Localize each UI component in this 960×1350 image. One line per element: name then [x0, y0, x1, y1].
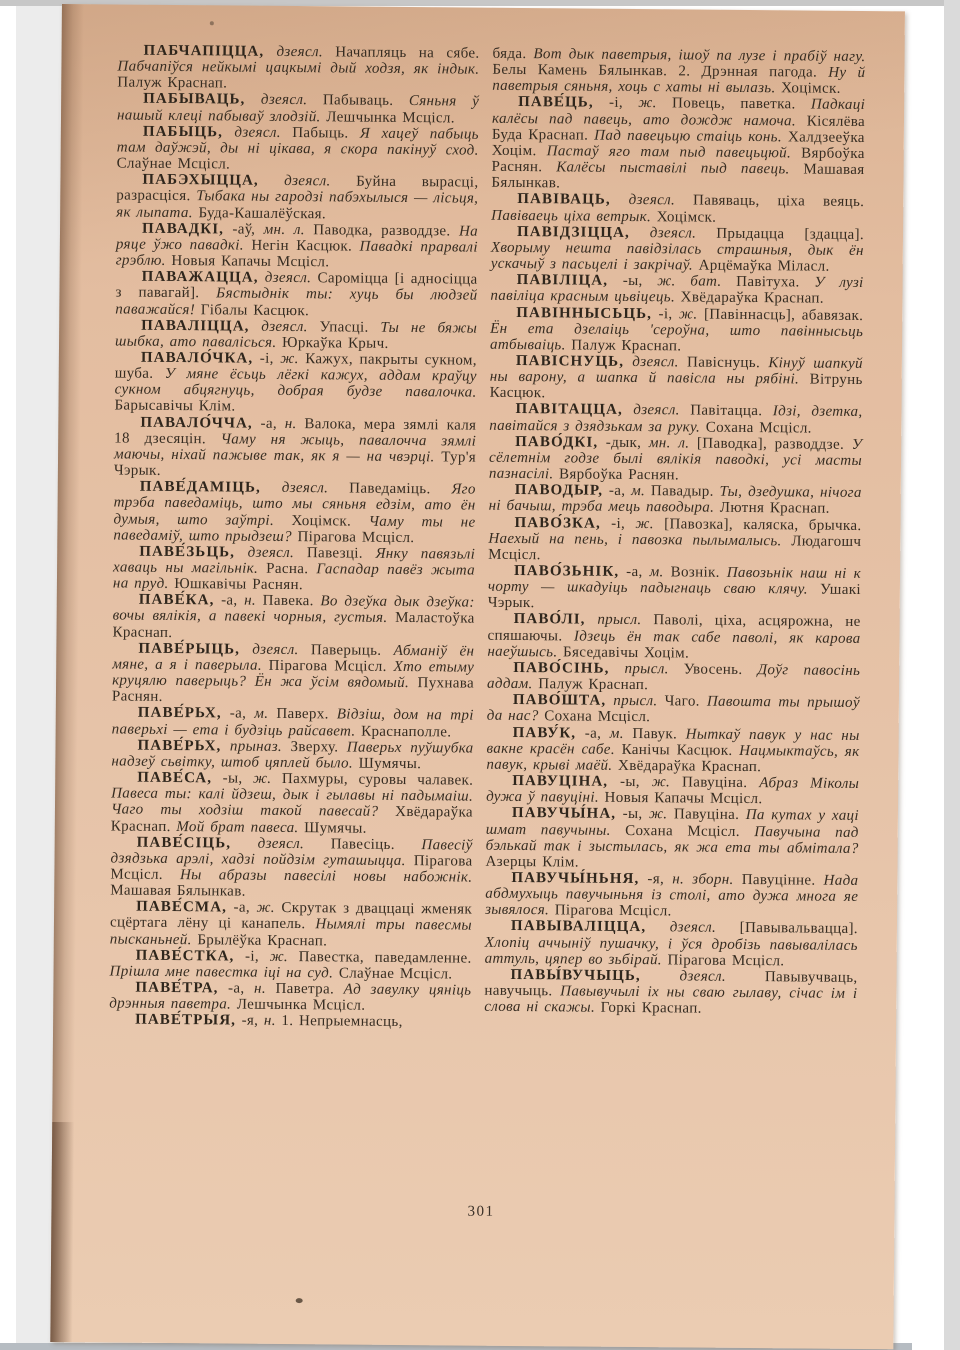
entry-italic-run: дзеясл. — [223, 124, 281, 141]
entry-italic-run: н. — [285, 416, 297, 432]
entry-text-run: -дык, — [598, 434, 649, 450]
entry-italic-run: дзеясл. — [259, 173, 331, 190]
entry-italic-run: дзеясл. — [240, 641, 299, 658]
entry-text-run: [Павозка], каляска, брычка. — [654, 516, 862, 534]
entry-text-run: -ы, — [212, 770, 253, 786]
dictionary-entry: ПАВІЛІЦА, -ы, ж. бат. Павітуха. У лузі п… — [490, 272, 863, 308]
dictionary-entry: ПАВАЛО́ЧКА, -і, ж. Кажух, пакрыты сукном… — [114, 349, 477, 417]
dictionary-entry: ПАВО́ЗКА, -і, ж. [Павозка], каляска, бры… — [488, 514, 861, 566]
entry-text-run: -а, — [603, 483, 631, 499]
entry-italic-run: Калёсы пыставілі пыд павець. — [556, 159, 790, 177]
page-number: 301 — [59, 1200, 902, 1224]
entry-text-run: Лютня Краснап. — [714, 500, 830, 517]
entry-text-run: Паветра. — [266, 981, 344, 998]
entry-headword: ПАВЕ́СМА, — [136, 899, 227, 916]
dictionary-entry: ПАВІСНУЦЬ, дзеясл. Павіснуць. Кінуў шапк… — [490, 353, 863, 405]
dictionary-entry: ПАВЕ́КА, -а, н. Павека. Во дзеўка дык дз… — [112, 592, 474, 644]
entry-text-run: Расна. — [258, 561, 316, 578]
dictionary-entry: ПАВЕ́ДАМІЦЬ, дзеясл. Паведаміць. Яго трэ… — [113, 479, 476, 547]
entry-text-run: Пабыць. — [281, 125, 360, 142]
dictionary-entry: ПАВІННЫСЬЦЬ, -і, ж. [Павіннасць], абавяз… — [490, 304, 863, 356]
entry-italic-run: дзеясл. — [261, 480, 329, 497]
entry-text-run: Слаўнае Мсцісл. — [117, 156, 231, 173]
dictionary-entry: ПАВЕ́СА, -ы, ж. Пахмуры, суровы чалавек.… — [111, 769, 474, 837]
dictionary-entry: ПАВЕ́СІЦЬ, дзеясл. Павесіць. Павесіў дзя… — [110, 834, 473, 902]
entry-italic-run: ж. — [256, 900, 275, 916]
entry-text-run: Сохана Мсцісл. — [700, 419, 812, 436]
entry-headword: ПАВЕ́ТРЫЯ, — [135, 1012, 236, 1029]
entry-text-run: -і, — [594, 95, 639, 111]
entry-text-run: Прыдацца [здацца]. — [696, 225, 864, 242]
entry-italic-run: н. — [244, 593, 256, 609]
entry-headword: ПАВЕ́ЦЬ, — [518, 94, 594, 111]
entry-headword: ПАВО́ЛІ, — [514, 611, 586, 628]
dictionary-entry: ПАВУЧЫ́НА, -ы, ж. Павуціна. Па кутах у х… — [485, 805, 859, 873]
entry-italic-run: дзеясл. — [611, 192, 676, 209]
column-right: бяда. Вот дык паветрыя, ішоў па лузе і п… — [484, 46, 866, 1035]
entry-headword: ПАВО́ДКІ, — [515, 434, 598, 451]
dictionary-entry: ПАВУЦІНА, -ы, ж. Павуціна. Абраз Міколы … — [486, 773, 859, 809]
entry-text-run: Машавая Бялынкав. — [110, 883, 246, 900]
entry-text-run: Хвёдараўка Краснап. — [675, 290, 824, 307]
entry-text-run: Гібалы Касцюк. — [195, 302, 309, 319]
entry-text-run: Новыя Капачы Мсцісл. — [599, 790, 763, 807]
entry-headword: ПАВІВАЦЬ, — [517, 191, 611, 208]
entry-headword: ПАВУЧЫ́НЬНЯ, — [511, 870, 639, 887]
dictionary-entry: ПАБЫЦЬ, дзеясл. Пабыць. Я хацеў пабыць т… — [117, 123, 479, 175]
entry-text-run: Чаго. — [657, 693, 706, 709]
entry-text-run: Хоцімск. — [274, 512, 369, 529]
entry-text-run: Увосень. — [669, 661, 758, 678]
entry-text-run: Вознік. — [664, 564, 727, 581]
entry-headword: ПАВЕ́ДАМІЦЬ, — [140, 479, 261, 496]
dictionary-entry: ПАВО́ШТА, прысл. Чаго. Павошта ты прышоў… — [487, 692, 860, 728]
entry-text-run: Хвёдараўка Краснап. — [612, 758, 761, 775]
entry-text-run: Паверх. — [268, 706, 337, 723]
entry-italic-run: ж. — [638, 96, 657, 112]
entry-headword: ПАВО́ЗКА, — [514, 515, 600, 532]
entry-text-run: -а, — [214, 593, 244, 609]
entry-text-run: Негін Касцюк. — [244, 237, 360, 254]
entry-text-run: Бяседавічы Хоцім. — [557, 644, 689, 661]
dictionary-entry: ПАБЫВАЦЬ, дзеясл. Пабываць. Сяньня ў наш… — [117, 91, 479, 126]
entry-headword: ПАВО́ШТА, — [513, 692, 606, 709]
entry-text-run: Паведаміць. — [328, 481, 451, 498]
entry-italic-run: м. — [631, 483, 645, 499]
dictionary-entry: ПАВЕ́СМА, -а, ж. Скрутак з дваццаці жмен… — [110, 899, 472, 951]
entry-headword: ПАВАДКІ, — [142, 220, 224, 237]
entry-italic-run: Прішла мне павестка іці на суд. — [109, 963, 333, 981]
entry-text-run: Палуж Краснап. — [566, 337, 682, 354]
dictionary-entry: ПАВАЖАЦЦА, дзеясл. Сароміцца [і адносіцц… — [115, 269, 477, 321]
entry-text-run: -а, — [619, 564, 650, 580]
entry-text-run: -а, — [227, 900, 257, 916]
paper-speck — [210, 21, 214, 25]
dictionary-entry: ПАВЫ́ВУЧЫЦЬ, дзеясл. Павывучваць, навучы… — [484, 967, 857, 1019]
entry-text-run: Юркаўка Крыч. — [276, 335, 388, 352]
dictionary-entry: ПАВО́ЛІ, прысл. Паволі, ціха, асцярожна,… — [487, 611, 860, 663]
entry-text-run: Хоцімск. — [651, 209, 716, 226]
entry-text-run: Буда-Кашалёўская. — [193, 205, 326, 222]
entry-text-run: Павуціна. — [670, 774, 759, 791]
entry-text-run: Павека. — [256, 593, 320, 610]
entry-italic-run: ж. — [679, 306, 698, 322]
entry-headword: ПАВІТАЦЦА, — [515, 401, 622, 418]
entry-italic-run: дзеясл. — [259, 270, 312, 286]
dictionary-entry: ПАВО́ДКІ, -дык, мн. л. [Паводка], развод… — [489, 433, 862, 485]
entry-headword: ПАВЕ́РЬХ, — [137, 737, 221, 754]
entry-text-run: Барысавічы Клім. — [114, 398, 235, 415]
entry-headword: ПАВЕ́РЬХ, — [138, 705, 222, 722]
entry-text-run: Шумячы. — [353, 755, 421, 772]
entry-text-run: Упасці. — [308, 319, 381, 336]
entry-text-run: -і, — [253, 351, 280, 367]
entry-headword: ПАБЫЦЬ, — [143, 123, 223, 140]
entry-text-run: бяда. — [493, 46, 534, 62]
entry-text-run: Новыя Капачы Мсцісл. — [166, 253, 330, 270]
entry-italic-run: Павіваець ціха ветрык. — [491, 207, 651, 224]
entry-text-run: Пабываць. — [307, 93, 409, 110]
entry-headword: ПАБЭХЫЦЦА, — [142, 172, 258, 189]
entry-italic-run: дзеясл. — [249, 318, 307, 335]
entry-italic-run: прысл. — [585, 612, 641, 628]
dictionary-entry: ПАВУ́К, -а, м. Павук. Ныткаў павук у нас… — [486, 724, 859, 776]
dictionary-entry: ПАВІВАЦЬ, дзеясл. Павяваць, ціха веяць. … — [491, 191, 864, 227]
entry-headword: ПАБЫВАЦЬ, — [143, 91, 245, 108]
entry-headword: ПАВІННЫСЬЦЬ, — [516, 304, 652, 321]
dictionary-entry: ПАБЭХЫЦЦА, дзеясл. Буйна вырасці, разрас… — [116, 172, 478, 224]
entry-text-run: 1. Непрыемнасць, — [276, 1013, 403, 1030]
dictionary-entry: ПАВЕ́РЬХ, прыназ. Зверху. Паверьх пуўшуб… — [111, 737, 473, 772]
dictionary-entry: ПАВО́ЗЬНІК, -а, м. Вознік. Павозьнік наш… — [488, 563, 861, 615]
entry-italic-run: дзеясл. — [245, 92, 307, 109]
entry-headword: ПАВУЧЫ́НА, — [512, 805, 616, 822]
entry-italic-run: Пад павецьцю стаіць конь. — [594, 127, 782, 145]
dictionary-entry: ПАВІТАЦЦА, дзеясл. Павітацца. Ідзі, дзет… — [489, 401, 862, 437]
dictionary-entry: ПАВО́СІНЬ, прысл. Увосень. Доўг павосінь… — [487, 660, 860, 696]
entry-headword: ПАВЫВАЛІЦЦА, — [511, 918, 646, 935]
entry-text-run: Павадыр. — [645, 483, 720, 500]
entry-text-run: -а, — [219, 980, 255, 996]
entry-italic-run: прысл. — [609, 661, 668, 678]
entry-text-run: -ы, — [608, 774, 652, 790]
entry-text-run: Павесіць. — [304, 836, 421, 853]
entry-text-run: Азерцы Клім. — [485, 854, 579, 871]
entry-headword: ПАВАЛІЦЦА, — [141, 317, 249, 334]
entry-italic-run: У мяне ёсьць лёгкі кажух, аддам краўцу с… — [115, 366, 477, 401]
entry-italic-run: ж. — [253, 771, 272, 787]
entry-text-run: Павітацца. — [680, 403, 773, 420]
entry-text-run: Арцёмаўка Міласл. — [693, 258, 830, 275]
entry-text-run: Сохана Мсцісл. — [539, 709, 651, 726]
dictionary-entry: ПАВЕ́РЫЦЬ, дзеясл. Паверыць. Абманіў ён … — [112, 640, 475, 708]
entry-text-run: Сохана Мсцісл. — [611, 822, 755, 839]
entry-text-run: -ы, — [616, 806, 649, 822]
dictionary-entry: ПАВЕ́СТКА, -і, ж. Павестка, паведамленне… — [109, 947, 471, 982]
entry-text-run: Палуж Краснап. — [117, 75, 227, 92]
entry-italic-run: мн. л. — [649, 435, 690, 451]
entry-text-run: Павяваць, ціха веяць. — [675, 193, 864, 211]
entry-italic-run: дзеясл. — [264, 44, 323, 61]
entry-headword: ПАВІСНУЦЬ, — [516, 353, 624, 370]
entry-text-run: Пірагова Мсцісл. — [262, 658, 394, 675]
entry-text-run: [Павіннасць], абавязак. — [697, 306, 863, 323]
dictionary-entry: ПАВУЧЫ́НЬНЯ, -я, н. зборн. Павуцінне. На… — [485, 870, 858, 922]
entry-italic-run: прыназ. — [221, 738, 282, 755]
entry-headword: ПАВАЖАЦЦА, — [142, 269, 259, 286]
entry-italic-run: н. — [264, 1013, 276, 1029]
entry-headword: ПАВАЛО́ЧЧА, — [140, 414, 253, 431]
entry-italic-run: м. — [254, 706, 268, 722]
entry-text-run: Краснаполле. — [355, 723, 451, 740]
column-left: ПАБЧАПІЦЦА, дзеясл. Начапляць на сябе. П… — [109, 42, 480, 1031]
entry-italic-run: мн. л. — [264, 221, 305, 237]
entry-text-run: Паводка, разводдзе. — [305, 222, 459, 239]
dictionary-entry: ПАВІДЗІЦЦА, дзеясл. Прыдацца [здацца]. Х… — [491, 223, 864, 275]
entry-italic-run: н. зборн. — [672, 871, 734, 888]
entry-headword: ПАВЕ́СТКА, — [136, 947, 235, 964]
dictionary-entry: ПАВЕ́ТРЫЯ, -я, н. 1. Непрыемнасць, — [109, 1012, 471, 1031]
entry-italic-run: ж. — [649, 806, 668, 822]
entry-headword: ПАВУЦІНА, — [512, 773, 608, 790]
entry-italic-run: дзеясл. — [624, 354, 679, 370]
entry-text-run: Лешчынка Мсцісл. — [231, 997, 365, 1014]
entry-headword: ПАВОДЫР, — [515, 482, 603, 499]
entry-text-run: Пірагова Мсцісл. — [292, 529, 415, 546]
entry-headword: ПАВЫ́ВУЧЫЦЬ, — [510, 967, 640, 984]
entry-text-run: Слаўнае Мсцісл. — [333, 965, 452, 982]
entry-headword: ПАВЕ́СА, — [137, 770, 212, 787]
entry-text-run: Павестка, паведамленне. — [288, 949, 472, 967]
entry-italic-run: ж. — [635, 516, 654, 532]
dictionary-entry: ПАВЕ́РЬХ, -а, м. Паверх. Відзіш, дом на … — [112, 705, 474, 740]
entry-text-run: Повець, паветка. — [657, 96, 811, 113]
dictionary-entry: ПАВОДЫР, -а, м. Павадыр. Ты, дзедушка, н… — [489, 482, 862, 518]
entry-text-run: -а, — [576, 725, 610, 741]
dictionary-entry: ПАВАЛО́ЧЧА, -а, н. Валока, мера зямлі ка… — [114, 414, 477, 482]
dictionary-entry: ПАВЕ́ЦЬ, -і, ж. Повець, паветка. Падкаці… — [491, 94, 865, 194]
entry-headword: ПАВО́ЗЬНІК, — [514, 563, 619, 580]
entry-text-run: Лешчынка Мсцісл. — [321, 109, 455, 126]
entry-text-run: Зверху. — [282, 739, 347, 756]
entry-italic-run: м. — [610, 725, 624, 741]
entry-italic-run: ж. бат. — [657, 273, 721, 290]
entry-text-run: -і, — [234, 948, 269, 964]
entry-italic-run: дзеясл. — [231, 835, 304, 852]
entry-headword: ПАВЕ́РЫЦЬ, — [138, 640, 240, 657]
entry-text-run: Павезці. — [294, 545, 376, 562]
dictionary-entry: ПАВАЛІЦЦА, дзеясл. Упасці. Ты не бяжы шы… — [115, 317, 477, 352]
entry-headword: ПАВЕ́КА, — [139, 592, 215, 609]
entry-text-run: Пірагова Мсцісл. — [549, 903, 672, 920]
dictionary-entry: ПАВЫВАЛІЦЦА, дзеясл. [Павывальвацца]. Хл… — [485, 918, 858, 970]
entry-text-run: -я, — [236, 1013, 264, 1029]
entry-text-run: Паверыць. — [299, 642, 394, 659]
entry-italic-run: дзеясл. — [630, 225, 697, 242]
entry-italic-run: ж. — [270, 949, 289, 965]
entry-text-run: Юшкавічы Раснян. — [169, 576, 304, 593]
entry-headword: ПАВІЛІЦА, — [517, 272, 609, 289]
entry-text-run: Горкі Краснап. — [595, 1000, 702, 1017]
dictionary-page: ПАБЧАПІЦЦА, дзеясл. Начапляць на сябе. П… — [50, 4, 905, 1349]
entry-text-run: Вярбоўка Раснян. — [553, 466, 679, 483]
entry-italic-run: дзеясл. — [646, 920, 716, 937]
dictionary-entry: ПАБЧАПІЦЦА, дзеясл. Начапляць на сябе. П… — [117, 42, 479, 94]
entry-headword: ПАВЕ́ЗЬЦЬ, — [139, 544, 235, 561]
entry-text-run: -і, — [601, 515, 636, 531]
entry-italic-run: ж. — [280, 351, 299, 367]
entry-italic-run: Мой брат павеса. — [176, 819, 298, 836]
entry-text-run: Пахмуры, суровы чалавек. — [271, 771, 473, 789]
entry-italic-run: дзеясл. — [623, 402, 680, 418]
entry-text-run: Павуціна. — [667, 807, 745, 824]
entry-text-run: Начапляць на сябе. — [323, 44, 480, 61]
entry-text-run: Палуж Краснап. — [533, 676, 649, 693]
entry-text-run: -ы, — [608, 273, 657, 289]
entry-italic-run: н. — [254, 981, 266, 997]
entry-text-run: -і, — [652, 306, 679, 322]
entry-text-run: [Паводка], разводдзе. — [689, 435, 852, 452]
entry-headword: ПАВАЛО́ЧКА, — [141, 350, 253, 367]
dictionary-content: ПАБЧАПІЦЦА, дзеясл. Начапляць на сябе. П… — [109, 42, 866, 1034]
entry-text-run: Брылёўка Краснап. — [192, 932, 328, 949]
dictionary-entry: бяда. Вот дык паветрыя, ішоў па лузе і п… — [492, 46, 865, 98]
entry-text-run: [Павывальвацца]. — [716, 920, 858, 937]
entry-text-run: Павук. — [624, 725, 686, 742]
entry-text-run: Хоцімск. — [776, 81, 841, 98]
entry-headword: ПАВІДЗІЦЦА, — [517, 224, 630, 241]
entry-italic-run: дзеясл. — [641, 968, 726, 985]
entry-italic-run: прысл. — [606, 693, 657, 709]
binding-shadow-bottom — [50, 1122, 78, 1342]
dictionary-entry: ПАВЕ́ТРА, -а, н. Паветра. Ад завулку цян… — [109, 980, 471, 1015]
entry-headword: ПАВУ́К, — [513, 725, 577, 742]
entry-text-run: Шумячы. — [299, 820, 367, 837]
entry-headword: ПАБЧАПІЦЦА, — [144, 43, 265, 60]
entry-italic-run: ж. — [652, 774, 671, 790]
dictionary-entry: ПАВАДКІ, -аў, мн. л. Паводка, разводдзе.… — [116, 220, 478, 272]
entry-italic-run: Пастаў яго там пыд павецьцюй. — [547, 143, 792, 161]
entry-text-run: -я, — [639, 871, 672, 887]
scanner-backdrop-right — [944, 0, 960, 1350]
entry-text-run: Пірагова Мсцісл. — [662, 952, 785, 969]
entry-text-run: -а, — [222, 706, 255, 722]
entry-headword: ПАВО́СІНЬ, — [513, 660, 609, 677]
entry-text-run: Канічы Касцюк. — [615, 742, 739, 759]
scan-canvas: ПАБЧАПІЦЦА, дзеясл. Начапляць на сябе. П… — [0, 0, 960, 1350]
paper-speck — [296, 1298, 303, 1303]
entry-text-run: Павуцінне. — [734, 872, 824, 889]
dictionary-entry: ПАВЕ́ЗЬЦЬ, дзеясл. Павезці. Янку павязьл… — [113, 543, 475, 595]
entry-text-run: Павіснуць. — [679, 354, 769, 371]
entry-text-run: -а, — [253, 415, 285, 431]
entry-text-run: Павітуха. — [721, 274, 814, 291]
entry-italic-run: м. — [650, 564, 664, 580]
entry-headword: ПАВЕ́СІЦЬ, — [137, 834, 232, 851]
entry-italic-run: дзеясл. — [235, 544, 294, 561]
entry-headword: ПАВЕ́ТРА, — [135, 980, 218, 997]
entry-text-run: -аў, — [224, 221, 264, 237]
